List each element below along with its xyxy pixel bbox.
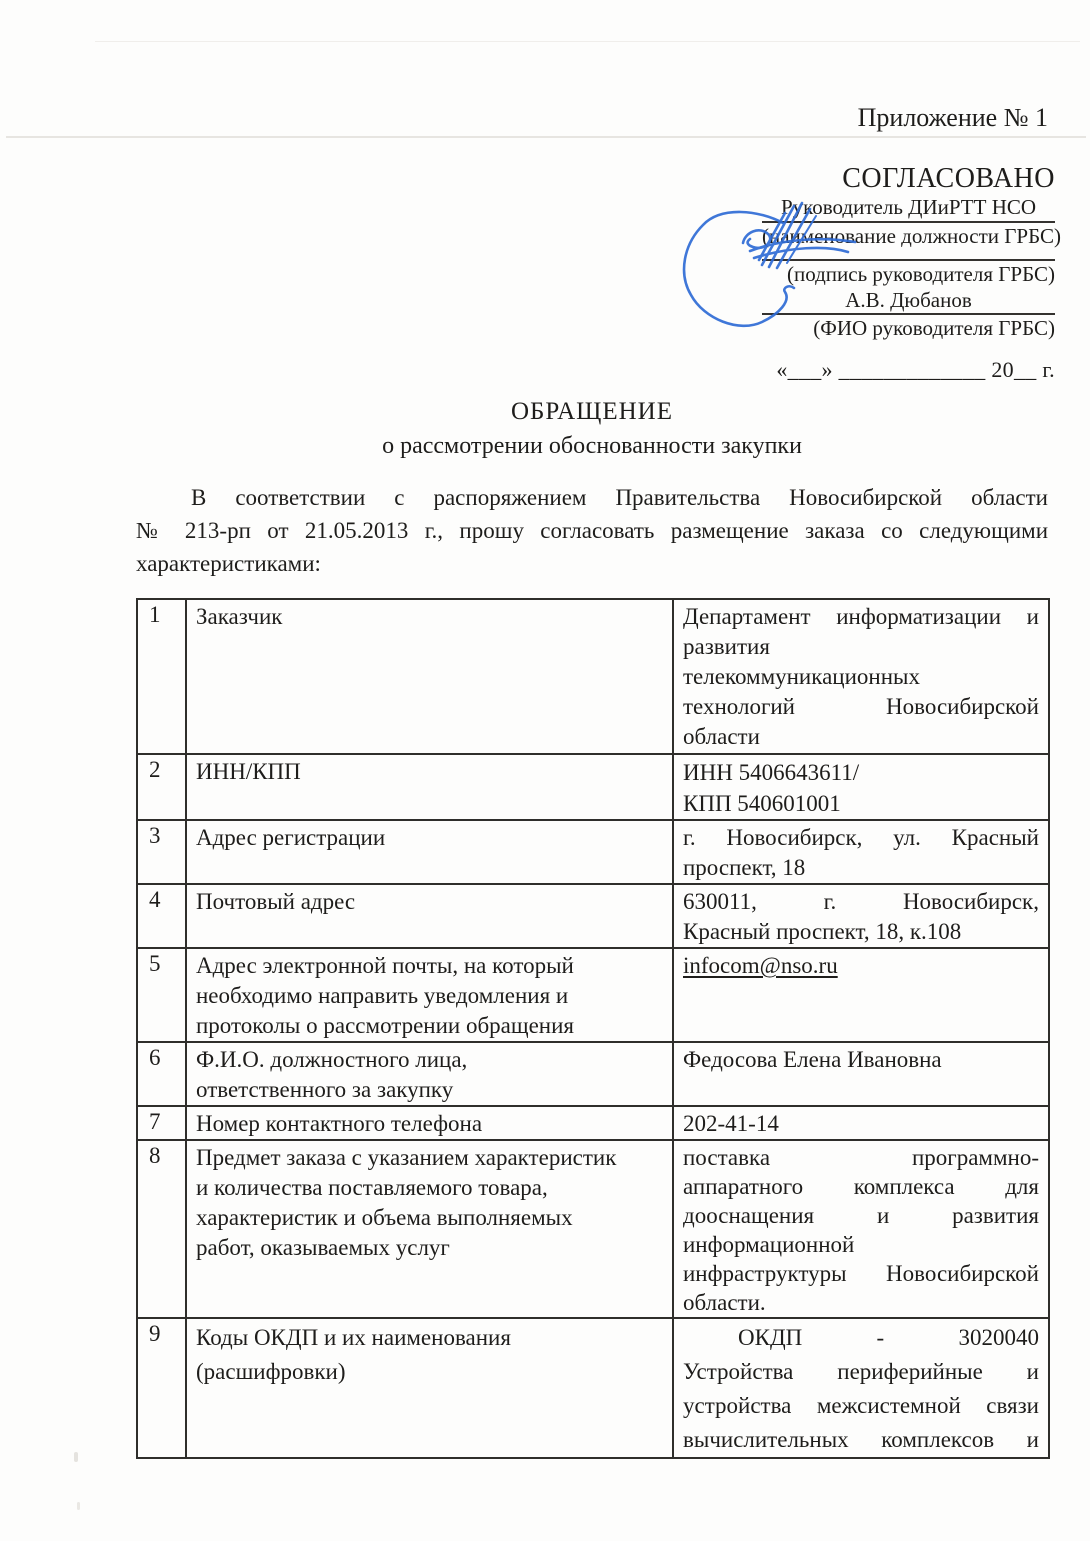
value-line: Федосова Елена Ивановна <box>683 1045 1039 1075</box>
label-line: Номер контактного телефона <box>196 1109 663 1139</box>
table-row-inn-kpp: 2 ИНН/КПП ИНН 5406643611/ КПП 540601001 <box>137 754 1049 820</box>
row-number: 8 <box>137 1140 186 1318</box>
intro-paragraph: В соответствии с распоряжением Правитель… <box>136 481 1048 580</box>
appendix-annotation: Приложение № 1 <box>136 103 1048 133</box>
row-value: ОКДП - 3020040 Устройства периферийные и… <box>673 1318 1049 1458</box>
label-line: Предмет заказа с указанием характеристик <box>196 1143 663 1173</box>
value-line: ИНН 5406643611/ <box>683 757 1039 788</box>
label-line: протоколы о рассмотрении обращения <box>196 1011 663 1041</box>
name-caption: (ФИО руководителя ГРБС) <box>762 315 1055 340</box>
value-line: области. <box>683 1288 1039 1317</box>
phone-value: 202-41-14 <box>683 1109 1039 1139</box>
row-label: Ф.И.О. должностного лица, ответственного… <box>186 1042 673 1106</box>
row-value: infocom@nso.ru <box>673 948 1049 1042</box>
value-line: устройства межсистемной связи <box>683 1389 1039 1423</box>
value-line: дооснащения и развития <box>683 1201 1039 1230</box>
row-number: 6 <box>137 1042 186 1106</box>
value-line: ОКДП - 3020040 <box>683 1321 1039 1355</box>
value-line: 630011, г. Новосибирск, <box>683 887 1039 917</box>
approval-title: СОГЛАСОВАНО <box>762 162 1055 195</box>
table-row-order-subject: 8 Предмет заказа с указанием характерист… <box>137 1140 1049 1318</box>
date-blank-line: «___» _____________ 20__ г. <box>762 357 1055 383</box>
label-line: ответственного за закупку <box>196 1075 663 1105</box>
row-number: 3 <box>137 820 186 884</box>
value-line: телекоммуникационных <box>683 662 1039 692</box>
row-value: г. Новосибирск, ул. Красный проспект, 18 <box>673 820 1049 884</box>
value-line: развития <box>683 632 1039 662</box>
signature-caption: (подпись руководителя ГРБС) <box>762 261 1055 286</box>
row-number: 4 <box>137 884 186 948</box>
row-label: Адрес электронной почты, на который необ… <box>186 948 673 1042</box>
row-value: поставка программно- аппаратного комплек… <box>673 1140 1049 1318</box>
approver-position: Руководитель ДИиРТТ НСО <box>762 195 1055 223</box>
table-row-registration-address: 3 Адрес регистрации г. Новосибирск, ул. … <box>137 820 1049 884</box>
table-row-okdp-codes: 9 Коды ОКДП и их наименования (расшифров… <box>137 1318 1049 1458</box>
label-line: Заказчик <box>196 602 663 632</box>
value-line: инфраструктуры Новосибирской <box>683 1259 1039 1288</box>
document-title: ОБРАЩЕНИЕ <box>136 397 1048 427</box>
document-title-block: ОБРАЩЕНИЕ о рассмотрении обоснованности … <box>136 397 1048 461</box>
label-line: необходимо направить уведомления и <box>196 981 663 1011</box>
label-line: Адрес электронной почты, на который <box>196 951 663 981</box>
scan-speck <box>74 1452 78 1462</box>
intro-line: № 213-рп от 21.05.2013 г., прошу согласо… <box>136 514 1048 547</box>
table-row-phone: 7 Номер контактного телефона 202-41-14 <box>137 1106 1049 1140</box>
value-line: г. Новосибирск, ул. Красный <box>683 823 1039 853</box>
value-line: технологий Новосибирской <box>683 692 1039 722</box>
label-line: Коды ОКДП и их наименования <box>196 1321 663 1355</box>
label-line: ИНН/КПП <box>196 757 663 787</box>
scan-artifact-line <box>95 41 1080 42</box>
table-row-postal-address: 4 Почтовый адрес 630011, г. Новосибирск,… <box>137 884 1049 948</box>
label-line: работ, оказываемых услуг <box>196 1233 663 1263</box>
intro-line: В соответствии с распоряжением Правитель… <box>136 481 1048 514</box>
row-value: 202-41-14 <box>673 1106 1049 1140</box>
label-line: Ф.И.О. должностного лица, <box>196 1045 663 1075</box>
row-number: 9 <box>137 1318 186 1458</box>
scanned-document-page: { "colors": { "ink": "#1e1d1b", "table_b… <box>0 0 1090 1541</box>
row-number: 2 <box>137 754 186 820</box>
value-line: вычислительных комплексов и <box>683 1423 1039 1457</box>
row-value: Федосова Елена Ивановна <box>673 1042 1049 1106</box>
value-line: Красный проспект, 18, к.108 <box>683 917 1039 947</box>
table-row-customer: 1 Заказчик Департамент информатизации и … <box>137 599 1049 754</box>
row-label: ИНН/КПП <box>186 754 673 820</box>
row-label: Предмет заказа с указанием характеристик… <box>186 1140 673 1318</box>
row-label: Почтовый адрес <box>186 884 673 948</box>
document-sheet: Приложение № 1 СОГЛАСОВАНО Руководитель … <box>0 0 1090 1541</box>
value-line: информационной <box>683 1230 1039 1259</box>
row-value: Департамент информатизации и развития те… <box>673 599 1049 754</box>
procurement-details-table: 1 Заказчик Департамент информатизации и … <box>136 598 1050 1459</box>
row-label: Адрес регистрации <box>186 820 673 884</box>
scan-speck <box>77 1502 80 1510</box>
label-line: характеристик и объема выполняемых <box>196 1203 663 1233</box>
row-label: Коды ОКДП и их наименования (расшифровки… <box>186 1318 673 1458</box>
approval-block: СОГЛАСОВАНО Руководитель ДИиРТТ НСО (наи… <box>762 162 1055 383</box>
signature-line <box>762 248 1055 261</box>
table-row-email: 5 Адрес электронной почты, на который не… <box>137 948 1049 1042</box>
document-subtitle: о рассмотрении обоснованности закупки <box>136 431 1048 461</box>
table-row-responsible-person: 6 Ф.И.О. должностного лица, ответственно… <box>137 1042 1049 1106</box>
row-number: 5 <box>137 948 186 1042</box>
row-value: 630011, г. Новосибирск, Красный проспект… <box>673 884 1049 948</box>
value-line: КПП 540601001 <box>683 788 1039 819</box>
row-number: 1 <box>137 599 186 754</box>
value-line: проспект, 18 <box>683 853 1039 883</box>
intro-line: характеристиками: <box>136 547 1048 580</box>
scan-artifact-line <box>6 136 1086 138</box>
label-line: Адрес регистрации <box>196 823 663 853</box>
label-line: (расшифровки) <box>196 1355 663 1389</box>
row-label: Номер контактного телефона <box>186 1106 673 1140</box>
position-caption: (наименование должности ГРБС) <box>762 223 1055 248</box>
row-number: 7 <box>137 1106 186 1140</box>
value-line: аппаратного комплекса для <box>683 1172 1039 1201</box>
value-line: Департамент информатизации и <box>683 602 1039 632</box>
row-label: Заказчик <box>186 599 673 754</box>
label-line: Почтовый адрес <box>196 887 663 917</box>
row-value: ИНН 5406643611/ КПП 540601001 <box>673 754 1049 820</box>
value-line: поставка программно- <box>683 1143 1039 1172</box>
value-line: области <box>683 722 1039 752</box>
approver-name: А.В. Дюбанов <box>762 289 1055 315</box>
label-line: и количества поставляемого товара, <box>196 1173 663 1203</box>
value-line: Устройства периферийные и <box>683 1355 1039 1389</box>
email-value: infocom@nso.ru <box>683 951 1039 981</box>
